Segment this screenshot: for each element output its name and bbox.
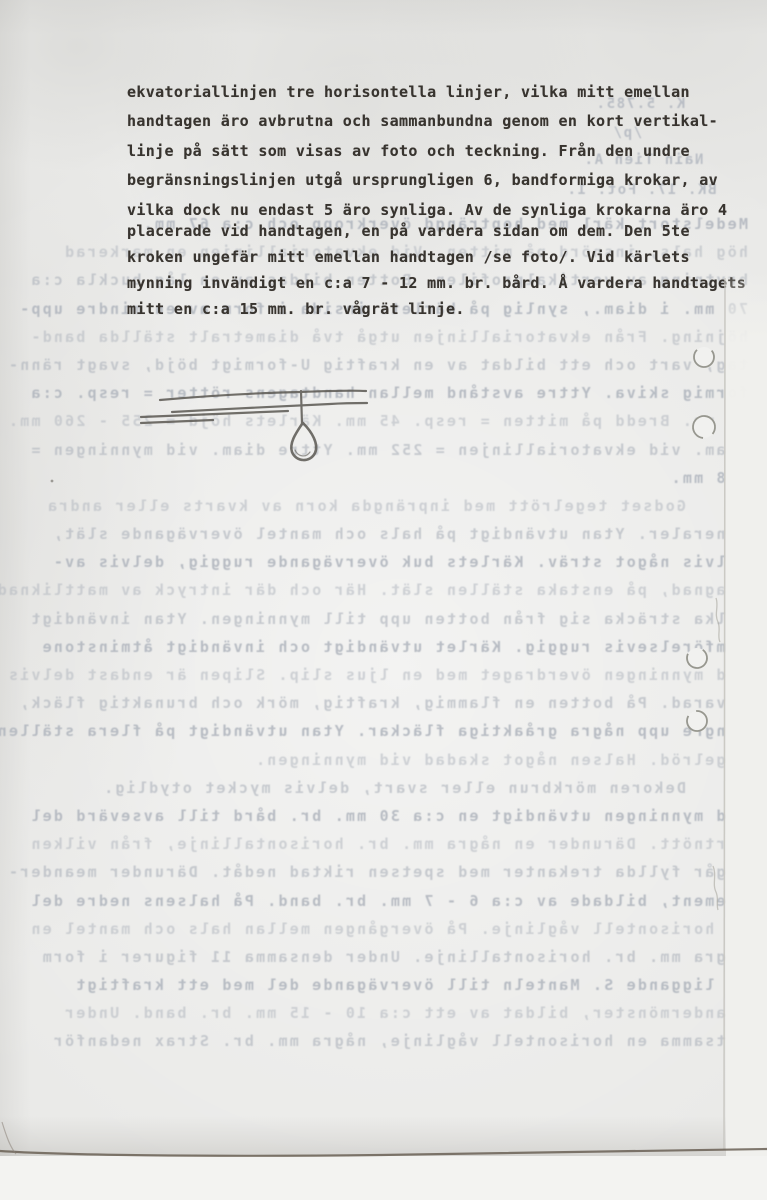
bleedthrough-text-line: av liggande S. Manteln till övervägande … [12,971,748,999]
bleedthrough-text-line: jämförelsevis ruggig. Kärlet utvändigt o… [12,633,748,661]
bleedthrough-text-line: tegelröd. Halsen något skadad vid mynnin… [12,746,748,774]
page-bottom-shadow [0,1116,767,1156]
typed-text-line: linje på sätt som visas av foto och teck… [127,137,767,166]
bleedthrough-text-line: vid mynningen överdraget med en ljus sli… [12,661,748,689]
sketch-lower-band-line [172,403,367,412]
bleedthrough-text-line: längre upp några gråaktiga fläckar. Ytan… [12,717,748,745]
bleedthrough-text-line: några mm. br. horisontallinje. Under den… [12,943,748,971]
typed-text-line: mitt en c:a 15 mm. br. vågrät linje. [127,296,767,322]
typed-paragraph-upper: ekvatoriallinjen tre horisontella linjer… [127,78,767,225]
typed-text-line: ekvatoriallinjen tre horisontella linjer… [127,78,767,107]
scanner-background [0,1156,767,1200]
sketch-top-band-line [160,391,366,400]
bleedthrough-text-line: bevarad. På botten en flammig, kraftig, … [12,689,748,717]
typed-paragraph-lower: placerade vid handtagen, en på vardera s… [127,218,767,322]
bleedthrough-text-line: Dekoren mörkbrun eller svart, delvis myc… [12,774,748,802]
bleedthrough-text-line: mineraler. Ytan utvändigt på hals och ma… [12,520,748,548]
bleedthrough-text-line: tag, vart och ett bildat av en kraftig U… [12,351,748,379]
sketch-vertical-connector [301,391,302,424]
bleedthrough-text-line: element, bildade av c:a 6 - 7 mm. br. ba… [12,887,748,915]
bleedthrough-text-line: höjning. Från ekvatoriallinjen utgå två … [12,323,748,351]
bleedthrough-text-line: flagnad, på enstaka ställen slät. Här oc… [12,576,748,604]
scanned-document: K. 5.785. /p/ Nain Tien A. BK. 17. Fot. … [0,0,767,1200]
bleedthrough-text-line: Vid mynningen utvändigt en c:a 30 mm. br… [12,802,748,830]
typed-text-line: begränsningslinjen utgå ursprungligen 6,… [127,166,767,195]
typed-text-line: kroken ungefär mitt emellan handtagen /s… [127,244,767,270]
page-right-margin [726,268,767,1156]
bleedthrough-text-line: delvis något sträv. Kärlets buk överväga… [12,548,748,576]
sketch-left-band-line-2 [141,420,213,423]
typed-text-line: mynning invändigt en c:a 7 - 12 mm. br. … [127,270,767,296]
hand-drawn-hook-sketch [135,382,385,477]
bleedthrough-text-line: Godset tegelrött med inprängda korn av k… [12,492,748,520]
bleedthrough-text-line: detsamma en horisontell våglinje, några … [12,1027,748,1055]
bleedthrough-text-line: bortnött. Därunder en några mm. br. hori… [12,830,748,858]
bleedthrough-text-block: Medelstort kärl med hopträngd överkropp … [12,210,748,1056]
sketch-loop-inner-stroke [295,450,310,456]
sketch-left-band-line [141,411,288,417]
typed-text-line: placerade vid handtagen, en på vardera s… [127,218,767,244]
paper-page: K. 5.785. /p/ Nain Tien A. BK. 17. Fot. … [0,0,767,1156]
bleedthrough-text-line: utgår fyllda trekanter med spetsen rikta… [12,858,748,886]
bleedthrough-text-line: vilka sträcka sig från botten upp till m… [12,605,748,633]
bleedthrough-text-line: meandermönster, bildat av ett c:a 10 - 1… [12,999,748,1027]
bleedthrough-text-line: en horisontell våglinje. På övergången m… [12,915,748,943]
sketch-hanging-loop [291,423,316,460]
typed-text-line: handtagen äro avbrutna och sammanbundna … [127,107,767,136]
